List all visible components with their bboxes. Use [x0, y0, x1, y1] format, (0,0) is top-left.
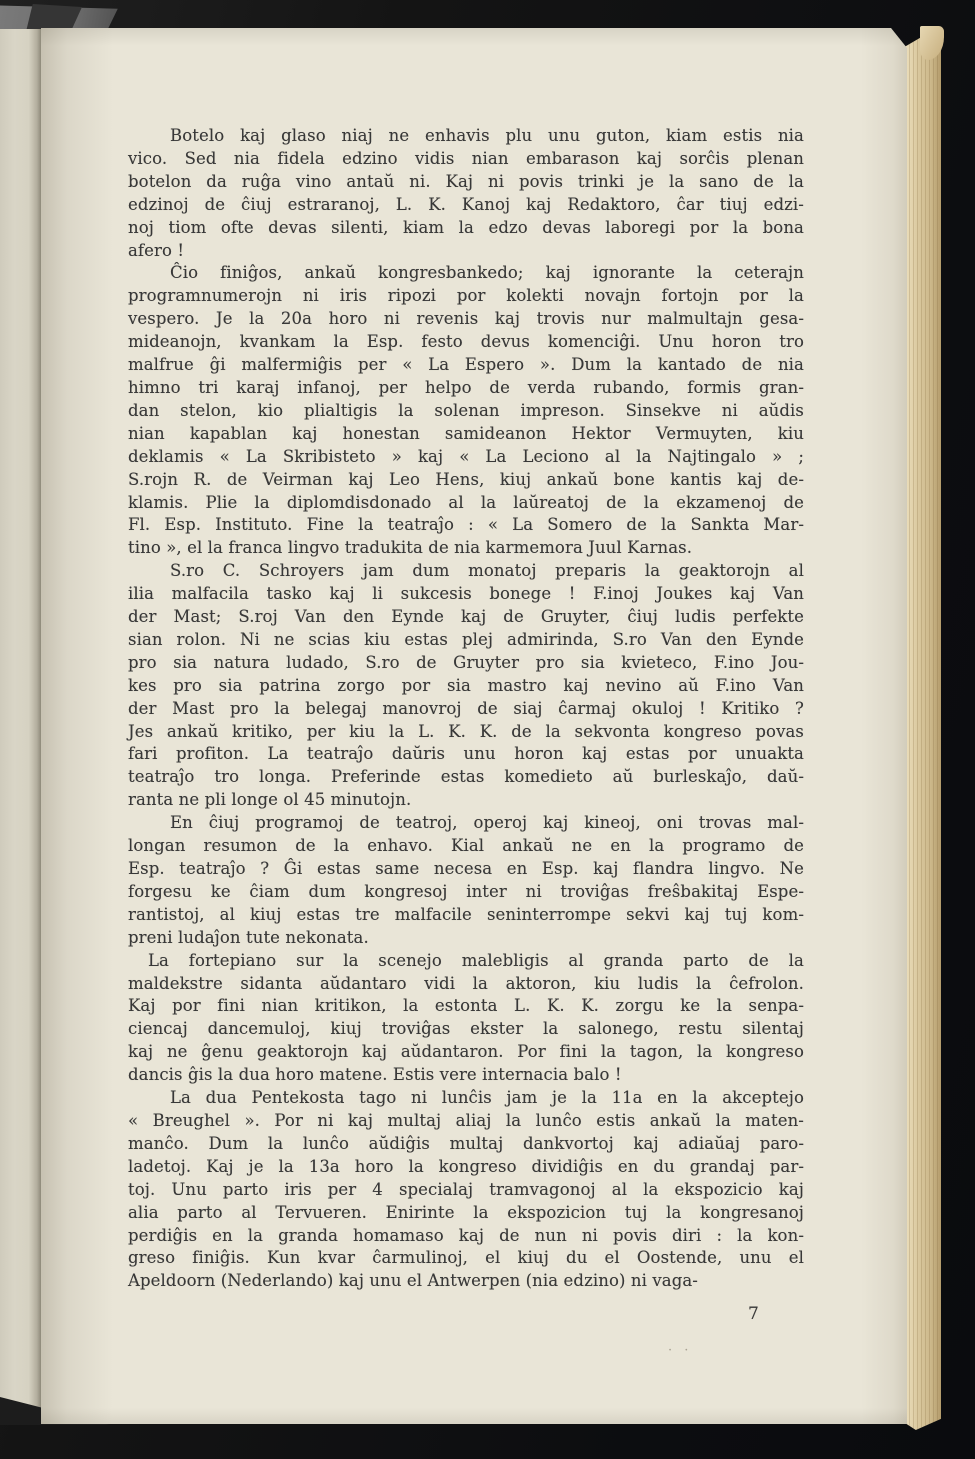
- text-line: Botelo kaj glaso niaj ne enhavis plu unu…: [128, 125, 804, 148]
- text-line: Jes ankaŭ kritiko, per kiu la L. K. K. d…: [128, 721, 804, 744]
- text-line: ciencaj dancemuloj, kiuj troviĝas ekster…: [128, 1018, 804, 1041]
- text-line: dancis ĝis la dua horo matene. Estis ver…: [128, 1064, 804, 1087]
- text-line: forgesu ke ĉiam dum kongresoj inter ni t…: [128, 881, 804, 904]
- paragraph: Ĉio finiĝos, ankaŭ kongresbankedo; kaj i…: [128, 262, 804, 560]
- text-line: Fl. Esp. Instituto. Fine la teatraĵo : «…: [128, 514, 804, 537]
- text-line: noj tiom ofte devas silenti, kiam la edz…: [128, 217, 804, 240]
- text-line: dan stelon, kio plialtigis la solenan im…: [128, 400, 804, 423]
- text-line: Apeldoorn (Nederlando) kaj unu el Antwer…: [128, 1270, 804, 1293]
- text-line: vico. Sed nia fidela edzino vidis nian e…: [128, 148, 804, 171]
- text-line: Kaj por fini nian kritikon, la estonta L…: [128, 995, 804, 1018]
- text-line: afero !: [128, 240, 804, 263]
- text-line: klamis. Plie la diplomdisdonado al la la…: [128, 492, 804, 515]
- text-line: Ĉio finiĝos, ankaŭ kongresbankedo; kaj i…: [128, 262, 804, 285]
- text-line: alia parto al Tervueren. Enirinte la eks…: [128, 1202, 804, 1225]
- text-line: der Mast; S.roj Van den Eynde kaj de Gru…: [128, 606, 804, 629]
- text-line: himno tri karaj infanoj, per helpo de ve…: [128, 377, 804, 400]
- text-line: pro sia natura ludado, S.ro de Gruyter p…: [128, 652, 804, 675]
- scan-speck: · ·: [668, 1343, 692, 1358]
- text-line: perdiĝis en la granda homamaso kaj de nu…: [128, 1225, 804, 1248]
- page-edge-stack: [905, 34, 941, 1430]
- text-line: toj. Unu parto iris per 4 specialaj tram…: [128, 1179, 804, 1202]
- text-line: mideanojn, kvankam la Esp. festo devus k…: [128, 331, 804, 354]
- text-line: ilia malfacila tasko kaj li sukcesis bon…: [128, 583, 804, 606]
- text-line: preni ludaĵon tute nekonata.: [128, 927, 804, 950]
- text-line: La fortepiano sur la scenejo malebligis …: [128, 950, 804, 973]
- paragraph: En ĉiuj programoj de teatroj, operoj kaj…: [128, 812, 804, 949]
- text-line: La dua Pentekosta tago ni lunĉis jam je …: [128, 1087, 804, 1110]
- scanned-book-photo: { "document": { "type": "scanned-book-pa…: [0, 0, 975, 1459]
- text-line: En ĉiuj programoj de teatroj, operoj kaj…: [128, 812, 804, 835]
- text-line: sian rolon. Ni ne scias kiu estas plej a…: [128, 629, 804, 652]
- text-line: Esp. teatraĵo ? Ĝi estas same necesa en …: [128, 858, 804, 881]
- paragraph: La fortepiano sur la scenejo malebligis …: [128, 950, 804, 1087]
- text-line: « Breughel ». Por ni kaj multaj aliaj la…: [128, 1110, 804, 1133]
- paragraph: La dua Pentekosta tago ni lunĉis jam je …: [128, 1087, 804, 1293]
- text-line: malfrue ĝi malfermiĝis per « La Espero »…: [128, 354, 804, 377]
- text-line: deklamis « La Skribisteto » kaj « La Lec…: [128, 446, 804, 469]
- facing-page-sliver: [0, 29, 41, 1425]
- text-line: kaj ne ĝenu geaktorojn kaj aŭdantaron. P…: [128, 1041, 804, 1064]
- text-line: rantistoj, al kiuj estas tre malfacile s…: [128, 904, 804, 927]
- text-line: S.ro C. Schroyers jam dum monatoj prepar…: [128, 560, 804, 583]
- text-line: programnumerojn ni iris ripozi por kolek…: [128, 285, 804, 308]
- text-line: teatraĵo tro longa. Preferinde estas kom…: [128, 766, 804, 789]
- text-line: S.rojn R. de Veirman kaj Leo Hens, kiuj …: [128, 469, 804, 492]
- text-line: nian kapablan kaj honestan samideanon He…: [128, 423, 804, 446]
- text-line: maldekstre sidanta aŭdantaro vidi la akt…: [128, 973, 804, 996]
- text-line: tino », el la franca lingvo tradukita de…: [128, 537, 804, 560]
- text-line: vespero. Je la 20a horo ni revenis kaj t…: [128, 308, 804, 331]
- text-line: fari profiton. La teatraĵo daŭris unu ho…: [128, 743, 804, 766]
- text-line: ranta ne pli longe ol 45 minutojn.: [128, 789, 804, 812]
- paragraph: Botelo kaj glaso niaj ne enhavis plu unu…: [128, 125, 804, 262]
- paragraph: S.ro C. Schroyers jam dum monatoj prepar…: [128, 560, 804, 812]
- text-line: longan resumon de la enhavo. Kial ankaŭ …: [128, 835, 804, 858]
- text-line: manĉo. Dum la lunĉo aŭdiĝis multaj dankv…: [128, 1133, 804, 1156]
- text-line: greso finiĝis. Kun kvar ĉarmulinoj, el k…: [128, 1247, 804, 1270]
- text-line: ladetoj. Kaj je la 13a horo la kongreso …: [128, 1156, 804, 1179]
- page-number: 7: [748, 1304, 759, 1324]
- text-line: botelon da ruĝa vino antaŭ ni. Kaj ni po…: [128, 171, 804, 194]
- text-line: edzinoj de ĉiuj estraranoj, L. K. Kanoj …: [128, 194, 804, 217]
- book-page: Botelo kaj glaso niaj ne enhavis plu unu…: [41, 28, 907, 1424]
- text-line: der Mast pro la belegaj manovroj de siaj…: [128, 698, 804, 721]
- page-text-block: Botelo kaj glaso niaj ne enhavis plu unu…: [128, 125, 804, 1293]
- text-line: kes pro sia patrina zorgo por sia mastro…: [128, 675, 804, 698]
